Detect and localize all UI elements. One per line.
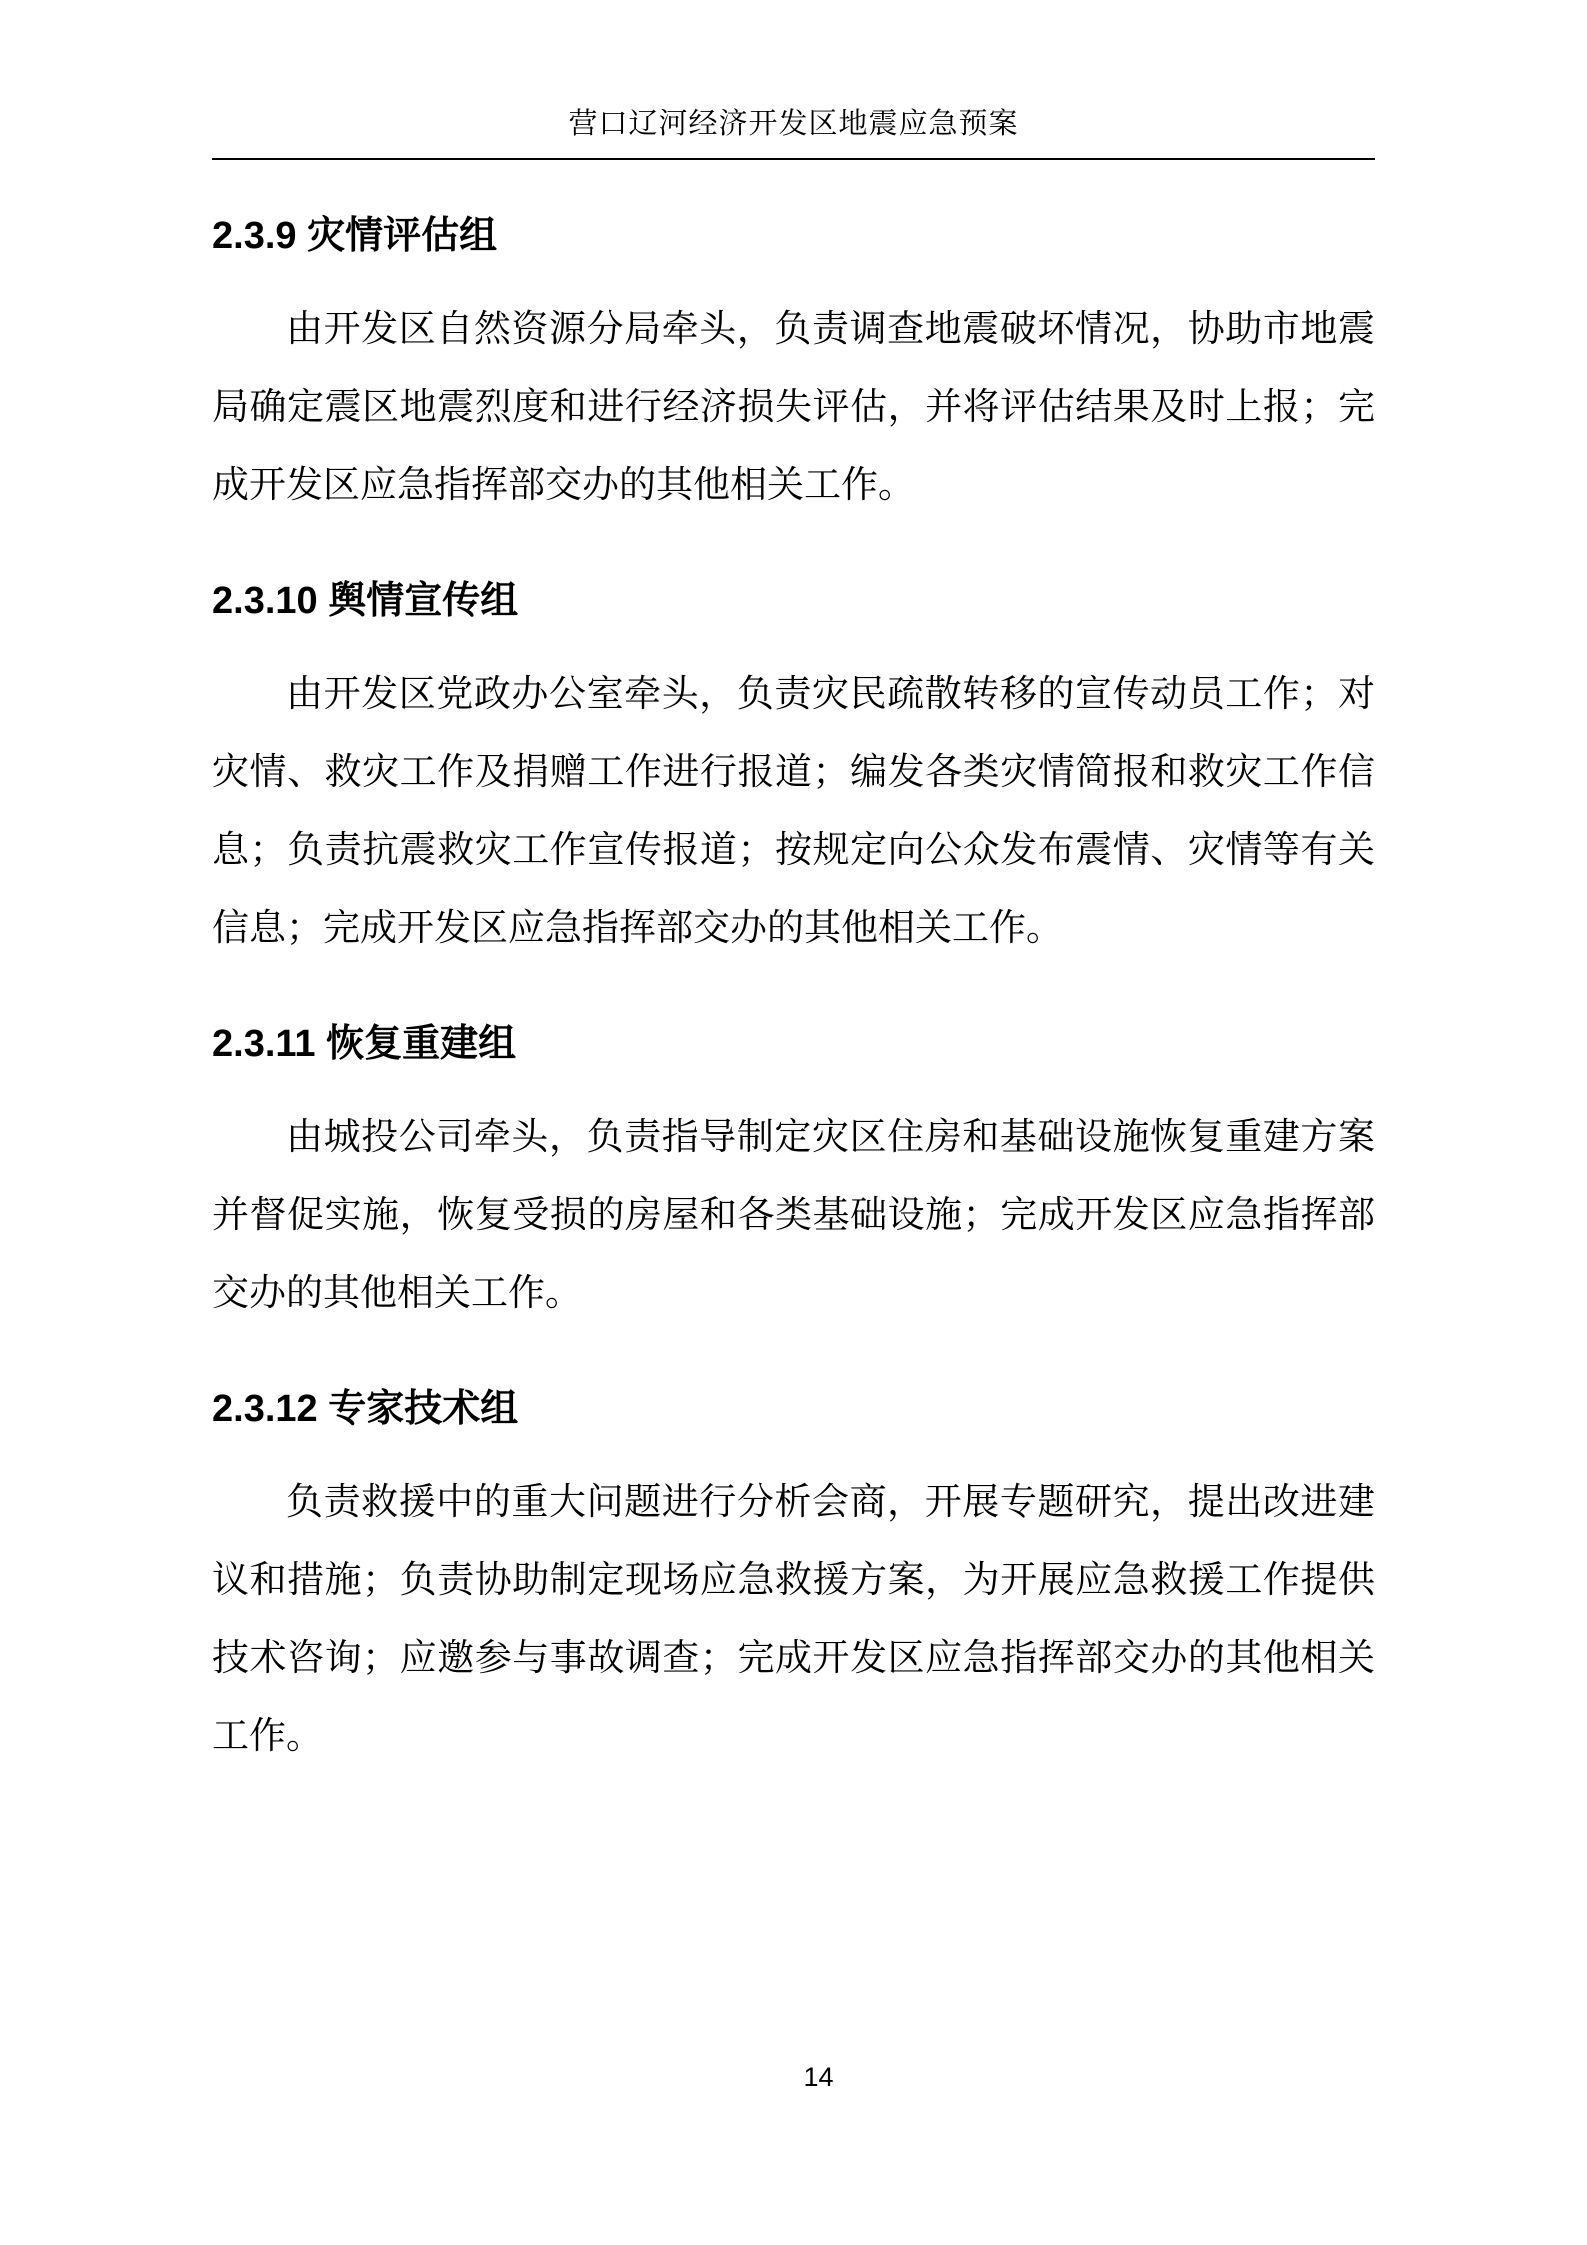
page-footer: 14 [0, 2062, 1587, 2093]
section-paragraph-2-3-11: 由城投公司牵头，负责指导制定灾区住房和基础设施恢复重建方案并督促实施，恢复受损的… [212, 1099, 1375, 1333]
section-heading-2-3-12: 2.3.12 专家技术组 [212, 1385, 1375, 1434]
section-paragraph-2-3-9: 由开发区自然资源分局牵头，负责调查地震破坏情况，协助市地震局确定震区地震烈度和进… [212, 291, 1375, 525]
document-header: 营口辽河经济开发区地震应急预案 [212, 0, 1375, 160]
document-header-title: 营口辽河经济开发区地震应急预案 [568, 108, 1018, 140]
section-paragraph-2-3-10: 由开发区党政办公室牵头，负责灾民疏散转移的宣传动员工作；对灾情、救灾工作及捐赠工… [212, 656, 1375, 968]
page-content: 营口辽河经济开发区地震应急预案 2.3.9 灾情评估组 由开发区自然资源分局牵头… [212, 0, 1375, 1776]
page-number: 14 [803, 2062, 833, 2093]
section-heading-2-3-10: 2.3.10 舆情宣传组 [212, 577, 1375, 626]
section-heading-2-3-9: 2.3.9 灾情评估组 [212, 212, 1375, 261]
section-paragraph-2-3-12: 负责救援中的重大问题进行分析会商，开展专题研究，提出改进建议和措施；负责协助制定… [212, 1464, 1375, 1776]
section-heading-2-3-11: 2.3.11 恢复重建组 [212, 1020, 1375, 1069]
document-page: 营口辽河经济开发区地震应急预案 2.3.9 灾情评估组 由开发区自然资源分局牵头… [0, 0, 1587, 2245]
